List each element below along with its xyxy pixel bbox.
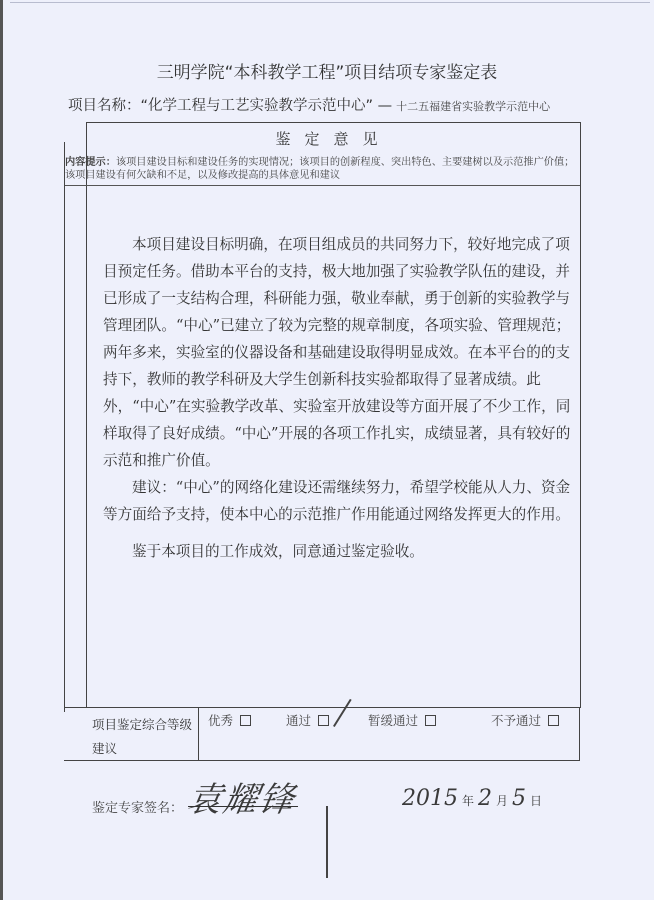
signature-tail-stroke xyxy=(326,806,328,878)
checkbox-icon[interactable] xyxy=(240,715,251,726)
project-label: 项目名称： xyxy=(68,98,141,114)
hint-text: 该项目建设目标和建设任务的实现情况；该项目的创新程度、突出特色、主要建树以及示范… xyxy=(65,157,574,181)
grade-option-reject[interactable]: 不予通过 xyxy=(491,711,559,729)
section-heading: 鉴定意见 xyxy=(87,123,580,149)
grade-option-excellent[interactable]: 优秀 xyxy=(208,711,251,729)
checkbox-icon[interactable] xyxy=(548,715,559,726)
opinion-paragraph: 本项目建设目标明确，在项目组成员的共同努力下，较好地完成了项目预定任务。借助本平… xyxy=(103,231,573,474)
grade-label-line2: 建议 xyxy=(92,737,198,761)
project-name: “化学工程与工艺实验教学示范中心” — xyxy=(141,98,393,114)
date-month: 2 xyxy=(478,786,492,811)
signature-stroke xyxy=(188,806,298,807)
grade-option-deferred[interactable]: 暂缓通过 xyxy=(368,711,436,729)
hint-label: 内容提示： xyxy=(65,157,116,168)
opinion-box: 鉴定意见 内容提示：该项目建设目标和建设任务的实现情况；该项目的创新程度、突出特… xyxy=(86,122,581,708)
checkbox-checked-icon[interactable] xyxy=(318,715,329,726)
date-year: 2015 xyxy=(402,786,458,811)
signature-label: 鉴定专家签名： xyxy=(92,797,183,816)
project-line: 项目名称：“化学工程与工艺实验教学示范中心” —十二五福建省实验教学示范中心 xyxy=(68,94,550,115)
checkbox-icon[interactable] xyxy=(425,715,436,726)
scan-edge xyxy=(0,0,3,900)
project-suffix: 十二五福建省实验教学示范中心 xyxy=(396,100,550,113)
grade-row: 项目鉴定综合等级 建议 优秀 通过 暂缓通过 不予通过 xyxy=(64,707,580,761)
grade-label: 项目鉴定综合等级 建议 xyxy=(64,708,199,760)
content-hint: 内容提示：该项目建设目标和建设任务的实现情况；该项目的创新程度、突出特色、主要建… xyxy=(65,156,580,182)
handwritten-signature: 袁耀锋 xyxy=(184,772,301,821)
opinion-paragraph: 建议：“中心”的网络化建设还需继续努力，希望学校能从人力、资金等方面给予支持，使… xyxy=(103,474,573,528)
opinion-paragraph: 鉴于本项目的工作成效，同意通过鉴定验收。 xyxy=(103,538,573,565)
opinion-body: 本项目建设目标明确，在项目组成员的共同努力下，较好地完成了项目预定任务。借助本平… xyxy=(103,231,573,565)
date-day: 5 xyxy=(512,786,526,811)
hint-divider xyxy=(65,185,580,186)
grade-option-pass[interactable]: 通过 xyxy=(286,711,329,729)
table-left-border xyxy=(64,142,65,712)
grade-label-line1: 项目鉴定综合等级 xyxy=(92,713,198,737)
sign-date: 2015年2月5日 xyxy=(402,786,546,811)
document-title: 三明学院“本科教学工程”项目结项专家鉴定表 xyxy=(0,58,654,83)
scan-edge-top xyxy=(10,2,650,3)
